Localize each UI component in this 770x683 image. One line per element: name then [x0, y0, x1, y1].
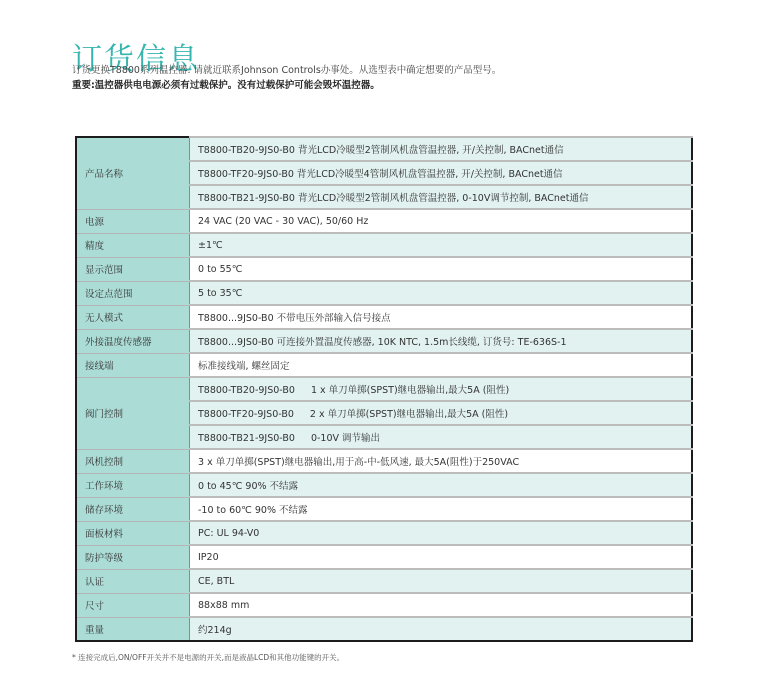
display-range-value: 0 to 55℃: [190, 257, 693, 281]
row-label-display-range: 显示范围: [76, 257, 190, 281]
row-label-setpoint-range: 设定点范围: [76, 281, 190, 305]
important-notice: 重要:温控器供电电源必须有过载保护。没有过载保护可能会毁坏温控器。: [72, 78, 501, 93]
row-label-fan-control: 风机控制: [76, 449, 190, 473]
table-row: 阀门控制 T8800-TB20-9JS0-B01 x 单刀单掷(SPST)继电器…: [76, 377, 692, 401]
valve-control-value: T8800-TB21-9JS0-B00-10V 调节输出: [190, 425, 693, 449]
row-label-protection: 防护等级: [76, 545, 190, 569]
row-label-storage-env: 储存环境: [76, 497, 190, 521]
model-number: T8800-TF20-9JS0-B0: [198, 409, 294, 420]
weight-value: 约214g: [190, 617, 693, 641]
table-row: 风机控制 3 x 单刀单掷(SPST)继电器输出,用于高-中-低风速, 最大5A…: [76, 449, 692, 473]
row-label-product-name: 产品名称: [76, 137, 190, 209]
valve-control-value: T8800-TF20-9JS0-B02 x 单刀单掷(SPST)继电器输出,最大…: [190, 401, 693, 425]
row-label-ext-sensor: 外接温度传感器: [76, 329, 190, 353]
row-label-operating-env: 工作环境: [76, 473, 190, 497]
terminals-value: 标准接线端, 螺丝固定: [190, 353, 693, 377]
table-row: 尺寸 88x88 mm: [76, 593, 692, 617]
row-label-panel-material: 面板材料: [76, 521, 190, 545]
row-label-power: 电源: [76, 209, 190, 233]
row-label-valve-control: 阀门控制: [76, 377, 190, 449]
table-row: 面板材料 PC: UL 94-V0: [76, 521, 692, 545]
valve-output-desc: 0-10V 调节输出: [311, 433, 380, 444]
table-row: 无人模式 T8800...9JS0-B0 不带电压外部输入信号接点: [76, 305, 692, 329]
power-value: 24 VAC (20 VAC - 30 VAC), 50/60 Hz: [190, 209, 693, 233]
accuracy-value: ±1℃: [190, 233, 693, 257]
table-row: 储存环境 -10 to 60℃ 90% 不结露: [76, 497, 692, 521]
setpoint-range-value: 5 to 35℃: [190, 281, 693, 305]
intro-text: 订货更换T8800系列温控器. 请就近联系Johnson Controls办事处…: [72, 63, 501, 93]
footnote: * 连接完成后,ON/OFF开关并不是电源的开关,而是液晶LCD和其他功能键的开…: [72, 652, 344, 663]
model-number: T8800-TB21-9JS0-B0: [198, 433, 295, 444]
ext-sensor-value: T8800...9JS0-B0 可连接外置温度传感器, 10K NTC, 1.5…: [190, 329, 693, 353]
row-label-occupancy: 无人模式: [76, 305, 190, 329]
table-row: 显示范围 0 to 55℃: [76, 257, 692, 281]
operating-env-value: 0 to 45℃ 90% 不结露: [190, 473, 693, 497]
ordering-spec-table: 产品名称 T8800-TB20-9JS0-B0 背光LCD冷暖型2管制风机盘管温…: [75, 136, 693, 642]
table-row: 工作环境 0 to 45℃ 90% 不结露: [76, 473, 692, 497]
product-name-value: T8800-TB21-9JS0-B0 背光LCD冷暖型2管制风机盘管温控器, 0…: [190, 185, 693, 209]
dimensions-value: 88x88 mm: [190, 593, 693, 617]
row-label-certification: 认证: [76, 569, 190, 593]
row-label-accuracy: 精度: [76, 233, 190, 257]
panel-material-value: PC: UL 94-V0: [190, 521, 693, 545]
table-row: 防护等级 IP20: [76, 545, 692, 569]
intro-line: 订货更换T8800系列温控器. 请就近联系Johnson Controls办事处…: [72, 63, 501, 78]
protection-value: IP20: [190, 545, 693, 569]
table-row: 认证 CE, BTL: [76, 569, 692, 593]
valve-output-desc: 2 x 单刀单掷(SPST)继电器输出,最大5A (阻性): [310, 409, 508, 420]
row-label-dimensions: 尺寸: [76, 593, 190, 617]
occupancy-value: T8800...9JS0-B0 不带电压外部输入信号接点: [190, 305, 693, 329]
table-row: 产品名称 T8800-TB20-9JS0-B0 背光LCD冷暖型2管制风机盘管温…: [76, 137, 692, 161]
product-name-value: T8800-TB20-9JS0-B0 背光LCD冷暖型2管制风机盘管温控器, 开…: [190, 137, 693, 161]
row-label-weight: 重量: [76, 617, 190, 641]
valve-output-desc: 1 x 单刀单掷(SPST)继电器输出,最大5A (阻性): [311, 385, 509, 396]
table-row: 接线端 标准接线端, 螺丝固定: [76, 353, 692, 377]
certification-value: CE, BTL: [190, 569, 693, 593]
table-row: 精度 ±1℃: [76, 233, 692, 257]
valve-control-value: T8800-TB20-9JS0-B01 x 单刀单掷(SPST)继电器输出,最大…: [190, 377, 693, 401]
row-label-terminals: 接线端: [76, 353, 190, 377]
fan-control-value: 3 x 单刀单掷(SPST)继电器输出,用于高-中-低风速, 最大5A(阻性)于…: [190, 449, 693, 473]
table-row: 外接温度传感器 T8800...9JS0-B0 可连接外置温度传感器, 10K …: [76, 329, 692, 353]
product-name-value: T8800-TF20-9JS0-B0 背光LCD冷暖型4管制风机盘管温控器, 开…: [190, 161, 693, 185]
table-row: 设定点范围 5 to 35℃: [76, 281, 692, 305]
table-row: 重量 约214g: [76, 617, 692, 641]
model-number: T8800-TB20-9JS0-B0: [198, 385, 295, 396]
storage-env-value: -10 to 60℃ 90% 不结露: [190, 497, 693, 521]
table-row: 电源 24 VAC (20 VAC - 30 VAC), 50/60 Hz: [76, 209, 692, 233]
